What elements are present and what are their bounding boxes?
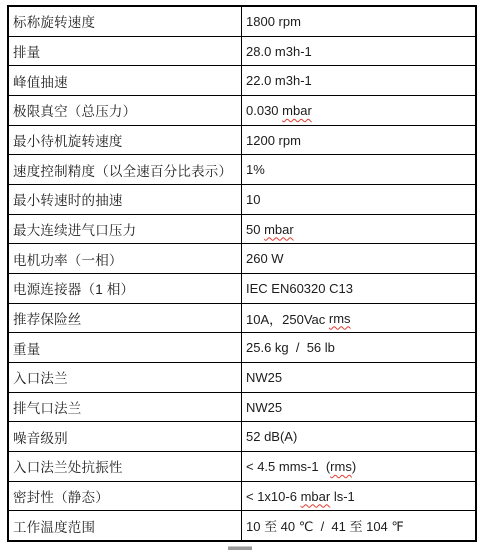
table-row: 排量 28.0 m3h-1 <box>9 37 475 67</box>
value-text: 0.030 <box>246 103 282 118</box>
spec-value[interactable]: NW25 <box>242 393 475 422</box>
table-row: 最小待机旋转速度 1200 rpm <box>9 126 475 156</box>
value-text: 25.6 kg / 56 lb <box>246 340 335 355</box>
table-row: 电源连接器（1 相） IEC EN60320 C13 <box>9 274 475 304</box>
spec-label[interactable]: 推荐保险丝 <box>9 304 242 333</box>
table-row: 最小转速时的抽速 10 <box>9 185 475 215</box>
spec-value[interactable]: 0.030 mbar <box>242 96 475 125</box>
spec-label[interactable]: 最小转速时的抽速 <box>9 185 242 214</box>
spec-value[interactable]: 28.0 m3h-1 <box>242 37 475 66</box>
value-text: 50 <box>246 222 264 237</box>
table-row: 工作温度范围 10 至 40 ℃ / 41 至 104 ℉ <box>9 511 475 540</box>
spec-value[interactable]: 10 至 40 ℃ / 41 至 104 ℉ <box>242 511 475 540</box>
value-text: 260 W <box>246 251 284 266</box>
spec-label[interactable]: 排气口法兰 <box>9 393 242 422</box>
value-text: 28.0 m3h-1 <box>246 44 312 59</box>
value-text: IEC EN60320 C13 <box>246 281 353 296</box>
spec-value[interactable]: 10A，250Vac rms <box>242 304 475 333</box>
misspelled-word: rms <box>330 459 352 474</box>
table-row: 推荐保险丝 10A，250Vac rms <box>9 304 475 334</box>
spec-label[interactable]: 极限真空（总压力） <box>9 96 242 125</box>
spec-label[interactable]: 标称旋转速度 <box>9 7 242 36</box>
spec-value[interactable]: NW25 <box>242 363 475 392</box>
table-resize-handle[interactable] <box>228 546 252 550</box>
table-row: 电机功率（一相） 260 W <box>9 244 475 274</box>
spec-label[interactable]: 排量 <box>9 37 242 66</box>
table-row: 标称旋转速度 1800 rpm <box>9 7 475 37</box>
spec-label[interactable]: 电源连接器（1 相） <box>9 274 242 303</box>
value-text: 1200 rpm <box>246 133 301 148</box>
spec-value[interactable]: 1800 rpm <box>242 7 475 36</box>
value-text: 10A，250Vac <box>246 309 329 328</box>
spec-value[interactable]: 22.0 m3h-1 <box>242 66 475 95</box>
misspelled-word: mbar <box>264 222 294 237</box>
value-text: 10 <box>246 192 260 207</box>
spec-label[interactable]: 最大连续进气口压力 <box>9 215 242 244</box>
spec-value[interactable]: 10 <box>242 185 475 214</box>
spec-table: 标称旋转速度 1800 rpm 排量 28.0 m3h-1 峰值抽速 22.0 … <box>7 5 477 542</box>
spec-label[interactable]: 电机功率（一相） <box>9 244 242 273</box>
value-text: < 4.5 mms-1 ( <box>246 459 330 474</box>
spec-label[interactable]: 密封性（静态） <box>9 482 242 511</box>
table-row: 噪音级别 52 dB(A) <box>9 422 475 452</box>
spec-value[interactable]: < 1x10-6 mbar ls-1 <box>242 482 475 511</box>
spec-label[interactable]: 入口法兰处抗振性 <box>9 452 242 481</box>
value-text: 10 至 40 ℃ / 41 至 104 ℉ <box>246 516 404 535</box>
spec-label[interactable]: 最小待机旋转速度 <box>9 126 242 155</box>
spec-value[interactable]: 50 mbar <box>242 215 475 244</box>
table-row: 极限真空（总压力） 0.030 mbar <box>9 96 475 126</box>
value-text: 1800 rpm <box>246 14 301 29</box>
spec-value[interactable]: 52 dB(A) <box>242 422 475 451</box>
spec-value[interactable]: < 4.5 mms-1 (rms) <box>242 452 475 481</box>
misspelled-word: mbar <box>301 489 331 504</box>
spec-label[interactable]: 速度控制精度（以全速百分比表示） <box>9 155 242 184</box>
value-text: ) <box>352 459 356 474</box>
document-page: 标称旋转速度 1800 rpm 排量 28.0 m3h-1 峰值抽速 22.0 … <box>0 0 485 551</box>
value-text: < 1x10-6 <box>246 489 301 504</box>
table-row: 入口法兰处抗振性 < 4.5 mms-1 (rms) <box>9 452 475 482</box>
misspelled-word: mbar <box>282 103 312 118</box>
table-row: 密封性（静态） < 1x10-6 mbar ls-1 <box>9 482 475 512</box>
value-text: ls-1 <box>330 489 355 504</box>
table-row: 最大连续进气口压力 50 mbar <box>9 215 475 245</box>
spec-value[interactable]: 1% <box>242 155 475 184</box>
spec-value[interactable]: 25.6 kg / 56 lb <box>242 333 475 362</box>
misspelled-word: rms <box>329 311 351 326</box>
spec-value[interactable]: IEC EN60320 C13 <box>242 274 475 303</box>
value-text: 52 dB(A) <box>246 429 297 444</box>
spec-label[interactable]: 噪音级别 <box>9 422 242 451</box>
value-text: NW25 <box>246 400 282 415</box>
value-text: 1% <box>246 162 265 177</box>
table-row: 速度控制精度（以全速百分比表示） 1% <box>9 155 475 185</box>
spec-value[interactable]: 260 W <box>242 244 475 273</box>
table-row: 入口法兰 NW25 <box>9 363 475 393</box>
spec-label[interactable]: 工作温度范围 <box>9 511 242 540</box>
spec-value[interactable]: 1200 rpm <box>242 126 475 155</box>
table-row: 峰值抽速 22.0 m3h-1 <box>9 66 475 96</box>
spec-label[interactable]: 重量 <box>9 333 242 362</box>
table-row: 重量 25.6 kg / 56 lb <box>9 333 475 363</box>
spec-label[interactable]: 入口法兰 <box>9 363 242 392</box>
spec-label[interactable]: 峰值抽速 <box>9 66 242 95</box>
table-row: 排气口法兰 NW25 <box>9 393 475 423</box>
value-text: 22.0 m3h-1 <box>246 73 312 88</box>
value-text: NW25 <box>246 370 282 385</box>
